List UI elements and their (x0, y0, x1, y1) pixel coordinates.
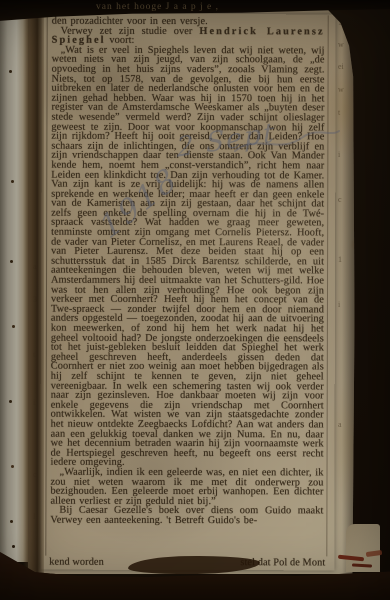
remnant-glyph: w (338, 85, 344, 94)
remnant-glyph: c (338, 195, 342, 204)
remnant-glyph: t (338, 108, 340, 117)
newspaper-clipping: den prozadichter voor in een versje. Ver… (40, 14, 335, 571)
paper-specks (9, 70, 12, 73)
book-page: den prozadichter voor in een versje. Ver… (28, 9, 366, 574)
article-paragraph-intro: Verwey zet zijn studie over Hendrick Lau… (52, 26, 325, 46)
remnant-glyph: i (338, 150, 340, 159)
remnant-glyph: 1 (338, 255, 342, 264)
remnant-glyph: a (338, 420, 342, 429)
article-paragraph-gezelle: Bij Caesar Gezelle's boek over diens oom… (50, 506, 323, 526)
book-photo: den prozadichter voor in een versje. Ver… (0, 0, 390, 600)
last-line-left-fragment: kend worden (49, 557, 104, 568)
remnant-glyph: i (338, 300, 340, 309)
article-paragraph-quote2: „Waarlijk, indien ik een geleerde was, e… (50, 468, 323, 507)
article-paragraph-quote: „Wat is er veel in Spieghels leven dat w… (51, 45, 325, 468)
remnant-glyph: 11 (338, 18, 346, 27)
clipping-text-column: den prozadichter voor in een versje. Ver… (45, 15, 328, 557)
gutter-shadow (23, 8, 44, 574)
remnant-glyph: w (338, 40, 344, 49)
remnant-glyph: ei (338, 62, 344, 71)
obscured-top-line: van het hooge J a a p j e , (96, 2, 219, 12)
